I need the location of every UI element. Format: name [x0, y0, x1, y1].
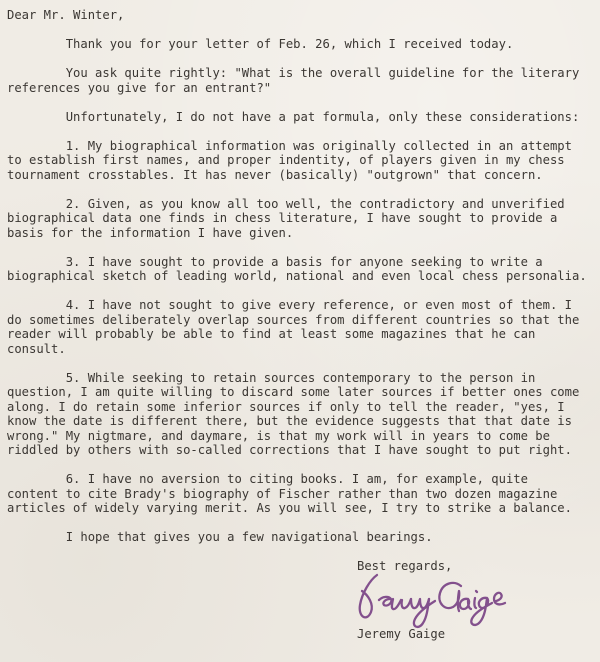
paragraph-point-1: 1. My biographical information was origi… — [7, 139, 594, 183]
paragraph-hope: I hope that gives you a few navigational… — [7, 530, 594, 545]
salutation: Dear Mr. Winter, — [7, 8, 594, 23]
paragraph-point-3: 3. I have sought to provide a basis for … — [7, 255, 594, 284]
paragraph-no-formula: Unfortunately, I do not have a pat formu… — [7, 110, 594, 125]
letter-page: Dear Mr. Winter, Thank you for your lett… — [0, 0, 600, 662]
typed-name: Jeremy Gaige — [357, 627, 594, 642]
paragraph-point-4: 4. I have not sought to give every refer… — [7, 298, 594, 356]
handwritten-signature — [339, 571, 594, 629]
signature-icon — [339, 571, 524, 629]
paragraph-point-5: 5. While seeking to retain sources conte… — [7, 371, 594, 458]
paragraph-question: You ask quite rightly: "What is the over… — [7, 66, 594, 95]
paragraph-point-2: 2. Given, as you know all too well, the … — [7, 197, 594, 241]
paragraph-thank-you: Thank you for your letter of Feb. 26, wh… — [7, 37, 594, 52]
paragraph-point-6: 6. I have no aversion to citing books. I… — [7, 472, 594, 516]
